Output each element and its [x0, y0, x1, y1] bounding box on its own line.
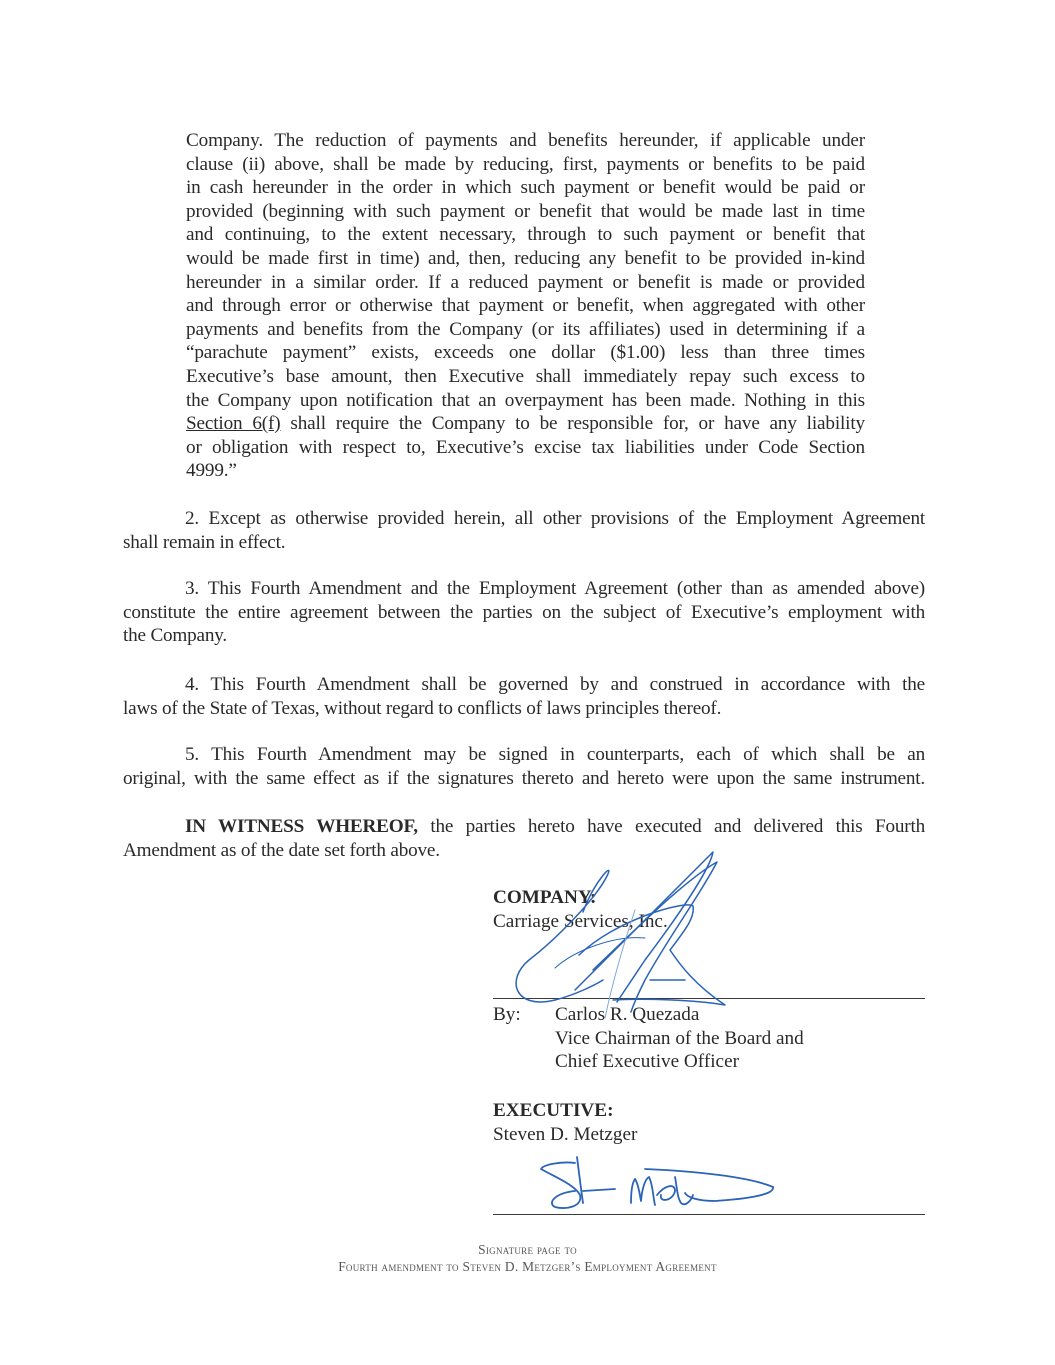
company-handwritten-signature: [495, 840, 735, 1030]
clause-line: Executive’s base amount, then Executive …: [186, 365, 865, 389]
paragraph-line: Amendment as of the date set forth above…: [123, 839, 925, 863]
paragraph-line: 5. This Fourth Amendment may be signed i…: [123, 743, 925, 767]
clause-line: the Company upon notification that an ov…: [186, 389, 865, 413]
company-heading: COMPANY:: [493, 886, 925, 910]
company-signatory: By: Carlos R. Quezada Vice Chairman of t…: [493, 1003, 925, 1075]
clause-line: and through error or otherwise that paym…: [186, 294, 865, 318]
paragraph-line: 3. This Fourth Amendment and the Employm…: [123, 577, 925, 601]
clause-line: and continuing, to the extent necessary,…: [186, 223, 865, 247]
clause-line: 4999.”: [186, 459, 865, 483]
paragraph-4: 4. This Fourth Amendment shall be govern…: [123, 673, 925, 720]
executive-signature-line: [493, 1214, 925, 1215]
paragraph-line: 4. This Fourth Amendment shall be govern…: [123, 673, 925, 697]
company-signature-block: COMPANY: Carriage Services, Inc.: [493, 886, 925, 933]
clause-line: hereunder in a similar order. If a reduc…: [186, 271, 865, 295]
paragraph-line: the Company.: [123, 624, 925, 648]
executive-signature-block: EXECUTIVE: Steven D. Metzger: [493, 1099, 925, 1146]
clause-line-text: shall require the Company to be responsi…: [281, 413, 865, 434]
witness-text: the parties hereto have executed and del…: [418, 816, 925, 837]
signature-page-footer: Signature page to Fourth amendment to St…: [0, 1241, 1055, 1275]
paragraph-2: 2. Except as otherwise provided herein, …: [123, 507, 925, 554]
clause-line: provided (beginning with such payment or…: [186, 200, 865, 224]
paragraph-line: constitute the entire agreement between …: [123, 601, 925, 625]
clause-line: payments and benefits from the Company (…: [186, 318, 865, 342]
document-page: Company. The reduction of payments and b…: [0, 0, 1055, 1365]
clause-line: in cash hereunder in the order in which …: [186, 176, 865, 200]
paragraph-line: IN WITNESS WHEREOF, the parties hereto h…: [123, 815, 925, 839]
witness-clause: IN WITNESS WHEREOF, the parties hereto h…: [123, 815, 925, 862]
witness-lead: IN WITNESS WHEREOF,: [185, 816, 418, 837]
executive-heading: EXECUTIVE:: [493, 1099, 925, 1123]
clause-line: or obligation with respect to, Executive…: [186, 436, 865, 460]
by-label: By:: [493, 1003, 521, 1027]
paragraph-line: 2. Except as otherwise provided herein, …: [123, 507, 925, 531]
signatory-name: Carlos R. Quezada: [555, 1003, 699, 1027]
clause-line: Section 6(f) shall require the Company t…: [186, 412, 865, 436]
company-signature-line: [493, 998, 925, 999]
footer-line-2: Fourth amendment to Steven D. Metzger’s …: [0, 1258, 1055, 1275]
paragraph-line: original, with the same effect as if the…: [123, 767, 925, 791]
signatory-title: Vice Chairman of the Board and: [555, 1027, 804, 1051]
executive-name: Steven D. Metzger: [493, 1123, 925, 1147]
paragraph-line: shall remain in effect.: [123, 531, 925, 555]
continued-clause-6f: Company. The reduction of payments and b…: [186, 129, 865, 483]
clause-line: Company. The reduction of payments and b…: [186, 129, 865, 153]
paragraph-3: 3. This Fourth Amendment and the Employm…: [123, 577, 925, 648]
company-name: Carriage Services, Inc.: [493, 910, 925, 934]
section-reference: Section 6(f): [186, 413, 281, 434]
clause-line: would be made first in time) and, then, …: [186, 247, 865, 271]
footer-line-1: Signature page to: [0, 1241, 1055, 1258]
paragraph-line: laws of the State of Texas, without rega…: [123, 697, 925, 721]
signatory-title: Chief Executive Officer: [555, 1050, 739, 1074]
clause-line: “parachute payment” exists, exceeds one …: [186, 341, 865, 365]
clause-line: clause (ii) above, shall be made by redu…: [186, 153, 865, 177]
executive-handwritten-signature: [535, 1155, 780, 1215]
paragraph-5: 5. This Fourth Amendment may be signed i…: [123, 743, 925, 790]
